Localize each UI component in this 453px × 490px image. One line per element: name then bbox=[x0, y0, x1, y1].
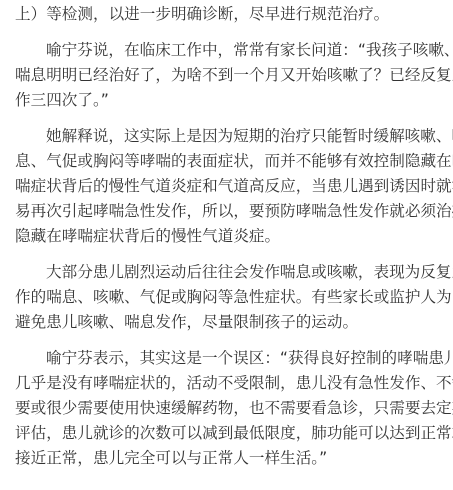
text-line: 大部分患儿剧烈运动后往往会发作喘息或咳嗽，表现为反复发 bbox=[15, 260, 441, 285]
text-line: 上）等检测，以进一步明确诊断，尽早进行规范治疗。 bbox=[15, 2, 441, 27]
text-line: 喘症状背后的慢性气道炎症和气道高反应，当患儿遇到诱因时就容 bbox=[15, 174, 441, 199]
paragraph-4: 大部分患儿剧烈运动后往往会发作喘息或咳嗽，表现为反复发 作的喘息、咳嗽、气促或胸… bbox=[15, 260, 441, 335]
paragraph-2: 喻宁芬说，在临床工作中，常常有家长问道：“我孩子咳嗽、 喘息明明已经治好了，为啥… bbox=[15, 38, 441, 113]
text-line: 易再次引起哮喘急性发作，所以，要预防哮喘急性发作就必须治疗 bbox=[15, 199, 441, 224]
text-line: 作三四次了。” bbox=[15, 88, 441, 113]
article-body: 上）等检测，以进一步明确诊断，尽早进行规范治疗。 喻宁芬说，在临床工作中，常常有… bbox=[15, 2, 441, 482]
text-line: 喻宁芬说，在临床工作中，常常有家长问道：“我孩子咳嗽、 bbox=[15, 38, 441, 63]
text-line: 要或很少需要使用快速缓解药物，也不需要看急诊，只需要去定期 bbox=[15, 396, 441, 421]
text-line: 息、气促或胸闷等哮喘的表面症状，而并不能够有效控制隐藏在哮 bbox=[15, 149, 441, 174]
text-line: 作的喘息、咳嗽、气促或胸闷等急性症状。有些家长或监护人为了 bbox=[15, 285, 441, 310]
text-line: 评估，患儿就诊的次数可以减到最低限度，肺功能可以达到正常或 bbox=[15, 421, 441, 446]
text-line: 接近正常，患儿完全可以与正常人一样生活。” bbox=[15, 446, 441, 471]
paragraph-3: 她解释说，这实际上是因为短期的治疗只能暂时缓解咳嗽、喘 息、气促或胸闷等哮喘的表… bbox=[15, 124, 441, 249]
text-line: 隐藏在哮喘症状背后的慢性气道炎症。 bbox=[15, 224, 441, 249]
text-line: 避免患儿咳嗽、喘息发作，尽量限制孩子的运动。 bbox=[15, 310, 441, 335]
text-line: 她解释说，这实际上是因为短期的治疗只能暂时缓解咳嗽、喘 bbox=[15, 124, 441, 149]
text-line: 几乎是没有哮喘症状的，活动不受限制，患儿没有急性发作、不需 bbox=[15, 371, 441, 396]
paragraph-1: 上）等检测，以进一步明确诊断，尽早进行规范治疗。 bbox=[15, 2, 441, 27]
text-line: 喻宁芬表示，其实这是一个误区：“获得良好控制的哮喘患儿 bbox=[15, 346, 441, 371]
text-line: 喘息明明已经治好了，为啥不到一个月又开始咳嗽了？已经反复发 bbox=[15, 63, 441, 88]
paragraph-5: 喻宁芬表示，其实这是一个误区：“获得良好控制的哮喘患儿 几乎是没有哮喘症状的，活… bbox=[15, 346, 441, 471]
